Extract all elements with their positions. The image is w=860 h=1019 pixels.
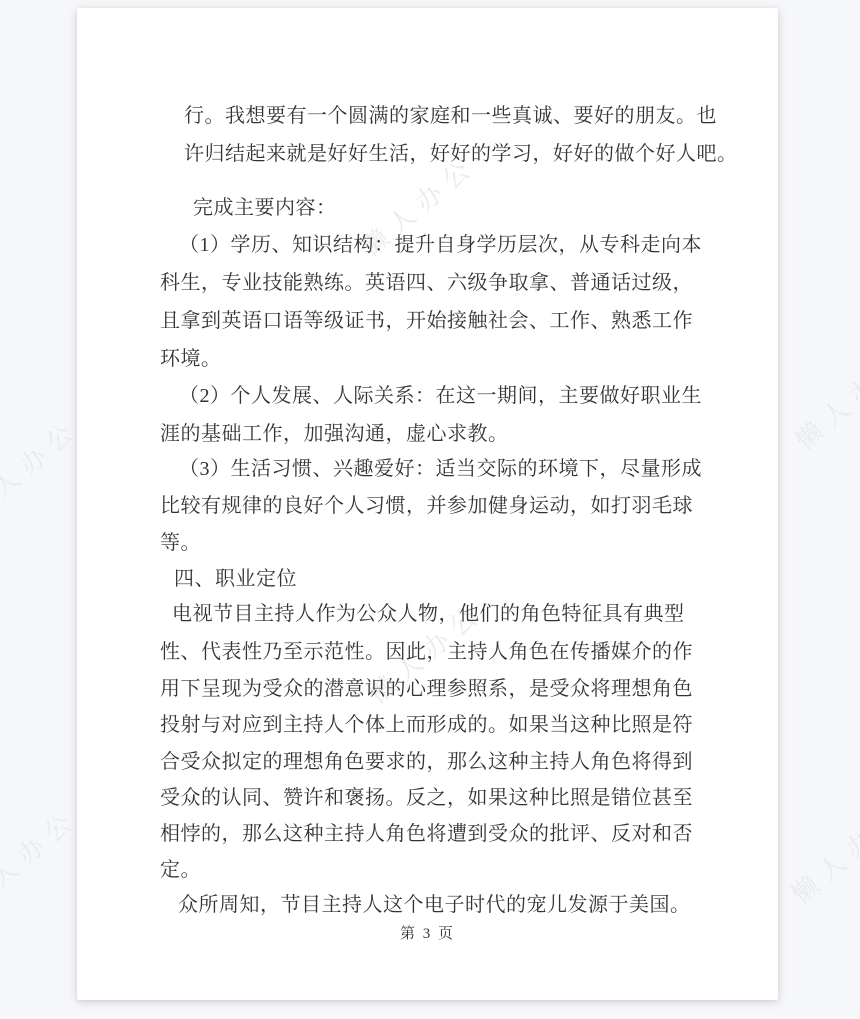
text-line: 行。我想要有一个圆满的家庭和一些真诚、要好的朋友。也 [184, 104, 717, 128]
text-line: 众所周知，节目主持人这个电子时代的宠儿发源于美国。 [178, 893, 691, 917]
text-line: 许归结起来就是好好生活，好好的学习，好好的做个好人吧。 [184, 142, 738, 166]
text-line: （3）生活习惯、兴趣爱好：适当交际的环境下，尽量形成 [179, 457, 702, 481]
text-line: 完成主要内容： [193, 196, 337, 220]
text-line: 投射与对应到主持人个体上而形成的。如果当这种比照是符 [160, 713, 693, 737]
text-line: 比较有规律的良好个人习惯，并参加健身运动，如打羽毛球 [160, 494, 693, 518]
text-line: 环境。 [160, 347, 222, 371]
text-line: （2）个人发展、人际关系：在这一期间，主要做好职业生 [179, 384, 702, 408]
text-line: 相悖的，那么这种主持人角色将遭到受众的批评、反对和否 [160, 822, 693, 846]
document-viewport: 懒人办公懒人办公懒人办公懒人办公懒人办公懒人办公 行。我想要有一个圆满的家庭和一… [0, 0, 860, 1019]
text-line: 科生，专业技能熟练。英语四、六级争取拿、普通话过级， [160, 271, 693, 295]
text-line: 涯的基础工作，加强沟通，虚心求教。 [160, 422, 509, 446]
text-line: 定。 [160, 858, 201, 882]
text-line: 用下呈现为受众的潜意识的心理参照系，是受众将理想角色 [160, 677, 693, 701]
page-number: 第 3 页 [77, 922, 778, 943]
text-line: 等。 [160, 531, 201, 555]
text-line: 受众的认同、赞许和褒扬。反之，如果这种比照是错位甚至 [160, 786, 693, 810]
text-line: 电视节目主持人作为公众人物，他们的角色特征具有典型 [172, 602, 685, 626]
text-line: （1）学历、知识结构：提升自身学历层次，从专科走向本 [179, 233, 702, 257]
text-line: 四、职业定位 [174, 567, 297, 591]
text-line: 且拿到英语口语等级证书，开始接触社会、工作、熟悉工作 [160, 309, 693, 333]
text-line: 性、代表性乃至示范性。因此，主持人角色在传播媒介的作 [160, 640, 693, 664]
page-text-layer: 行。我想要有一个圆满的家庭和一些真诚、要好的朋友。也许归结起来就是好好生活，好好… [0, 0, 860, 1019]
text-line: 合受众拟定的理想角色要求的，那么这种主持人角色将得到 [160, 750, 693, 774]
